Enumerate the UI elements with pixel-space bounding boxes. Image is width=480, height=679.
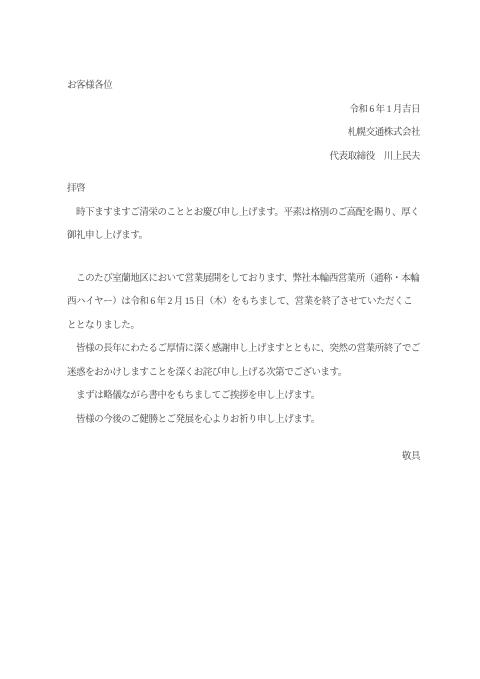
salutation: 拝啓 bbox=[67, 178, 420, 202]
gratitude-paragraph: 皆様の長年にわたるご厚情に深く感謝申し上げますとともに、突然の営業所終了でご 迷… bbox=[67, 338, 420, 385]
sender-block: 令和 6 年 1 月吉日 札幌交通株式会社 代表取締役 川上民夫 bbox=[67, 99, 420, 170]
body-line: 御礼申し上げます。 bbox=[67, 225, 420, 249]
body-line: 時下ますますご清栄のこととお慶び申し上げます。平素は格別のご高配を賜り、厚く bbox=[67, 202, 420, 226]
announcement-paragraph: このたび室蘭地区において営業展開をしております、弊社本輪西営業所（通称・本輪 西… bbox=[67, 268, 420, 339]
wellwish-line: 皆様の今後のご健勝とご発展を心よりお祈り申し上げます。 bbox=[67, 409, 420, 433]
body-line: 西ハイヤー）は令和 6 年 2 月 15 日（木）をもちまして、営業を終了させて… bbox=[67, 291, 420, 315]
brevity-line: まずは略儀ながら書中をもちましてご挨拶を申し上げます。 bbox=[67, 385, 420, 409]
sender-representative: 代表取締役 川上民夫 bbox=[67, 146, 420, 170]
body-line: 皆様の長年にわたるご厚情に深く感謝申し上げますとともに、突然の営業所終了でご bbox=[67, 338, 420, 362]
letter-date: 令和 6 年 1 月吉日 bbox=[67, 99, 420, 123]
opening-paragraph: 時下ますますご清栄のこととお慶び申し上げます。平素は格別のご高配を賜り、厚く 御… bbox=[67, 202, 420, 249]
body-line: ととなりました。 bbox=[67, 315, 420, 339]
recipient-line: お客様各位 bbox=[67, 75, 420, 99]
body-line: 迷惑をおかけしますことを深くお詫び申し上げる次第でございます。 bbox=[67, 362, 420, 386]
closing-word: 敬具 bbox=[67, 446, 420, 470]
body-line: このたび室蘭地区において営業展開をしております、弊社本輪西営業所（通称・本輪 bbox=[67, 268, 420, 292]
letter-page: お客様各位 令和 6 年 1 月吉日 札幌交通株式会社 代表取締役 川上民夫 拝… bbox=[0, 0, 480, 679]
sender-company: 札幌交通株式会社 bbox=[67, 122, 420, 146]
